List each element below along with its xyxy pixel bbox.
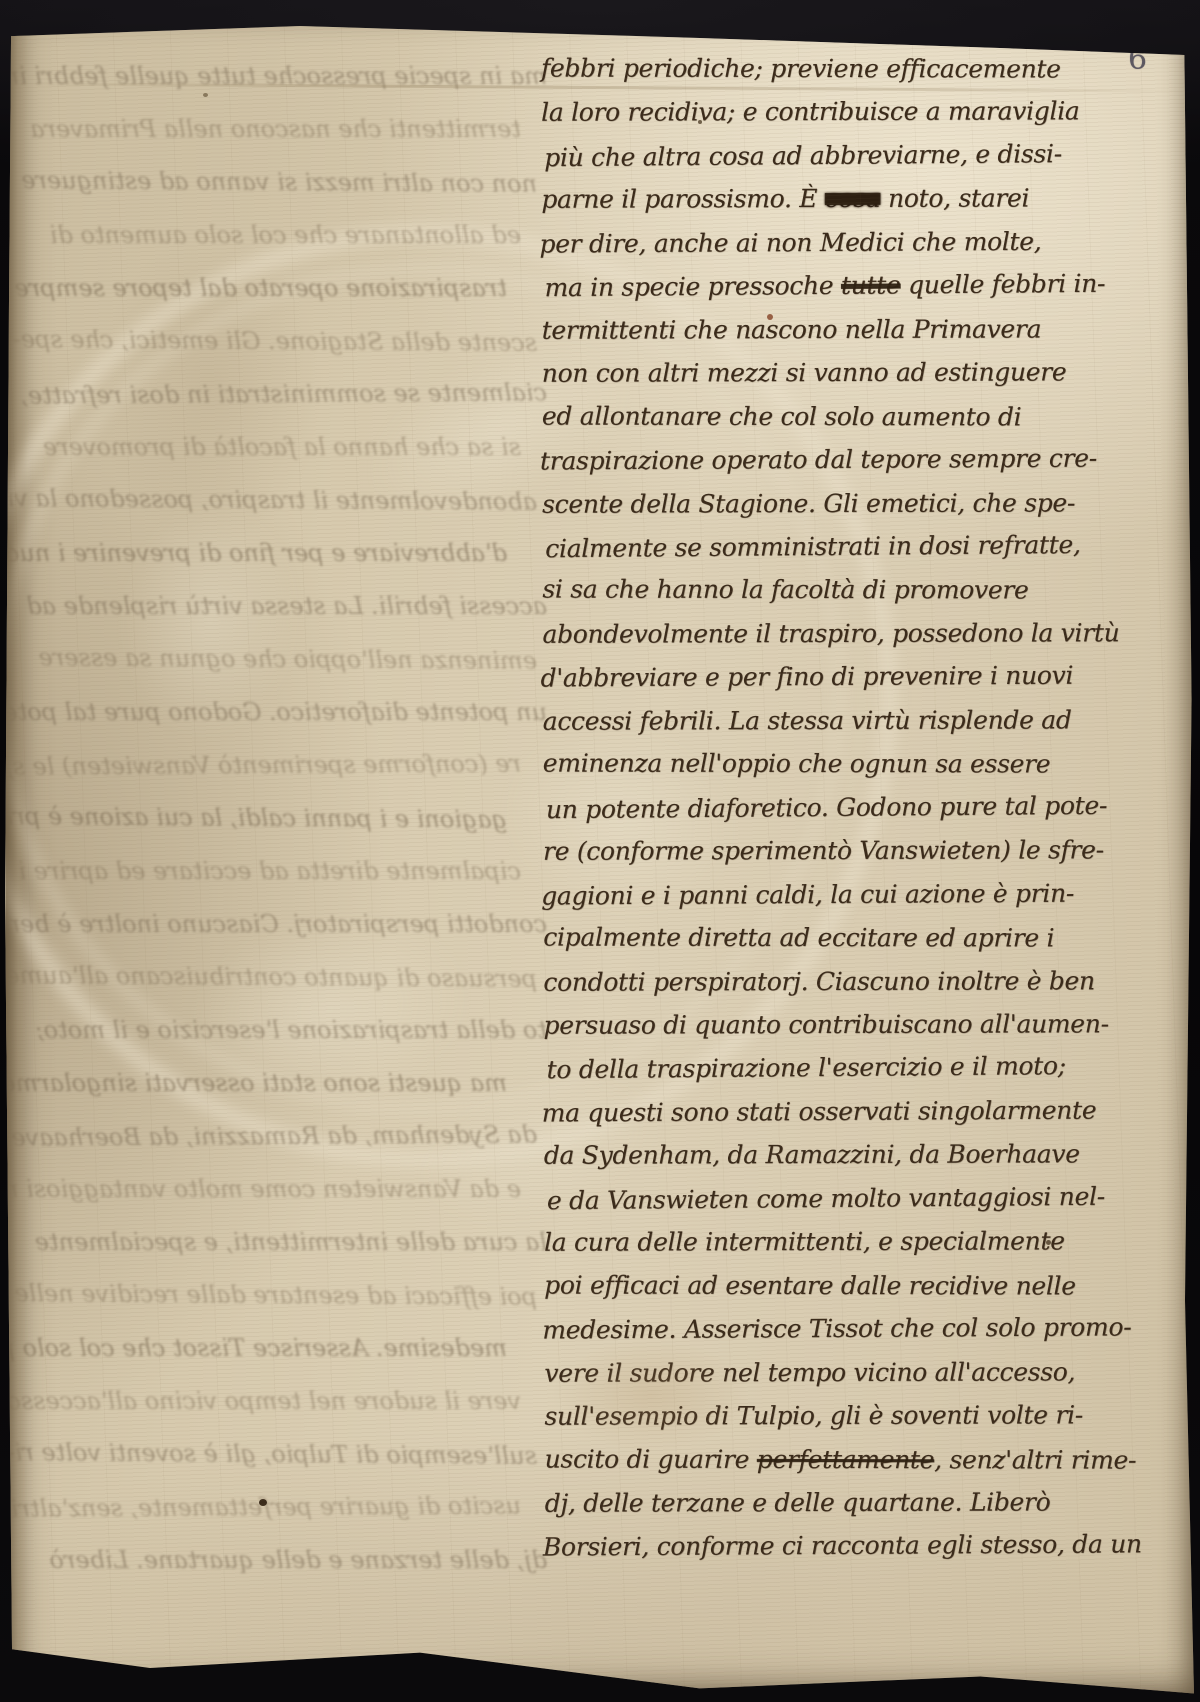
- struck-through-word: tutte: [841, 271, 901, 300]
- manuscript-line: abondevolmente il traspiro, possedono la…: [542, 611, 1102, 656]
- bleedthrough-line: re (conforme sperimentò Vanswieten) le s…: [10, 737, 547, 793]
- manuscript-line: cialmente se somministrati in dosi refra…: [545, 523, 1105, 571]
- manuscript-line: la loro recidiva; e contribuisce a marav…: [541, 90, 1101, 135]
- manuscript-line: dj, delle terzane e delle quartane. Libe…: [545, 1480, 1105, 1525]
- bleedthrough-line: la cura delle intermittenti, e specialme…: [10, 1216, 547, 1269]
- bleedthrough-line: abondevolmente il traspiro, possedono la…: [10, 472, 547, 529]
- manuscript-line: traspirazione operato dal tepore sempre …: [540, 437, 1100, 483]
- manuscript-line: ma in specie pressoche tutte quelle febb…: [544, 262, 1104, 310]
- ink-speck: [1046, 1240, 1051, 1245]
- bleedthrough-line: persuaso di quanto contribuiscano all'au…: [10, 949, 547, 1006]
- manuscript-line: sull'esempio di Tulpio, gli è soventi vo…: [544, 1393, 1104, 1438]
- struck-through-word: cosa: [825, 184, 881, 213]
- photograph-background: ma in specie pressoche tutte quelle febb…: [0, 0, 1200, 1702]
- manuscript-line: da Sydenham, da Ramazzini, da Boerhaave: [544, 1133, 1104, 1178]
- bleedthrough-line: scente della Stagione. Gli emetici, che …: [10, 313, 547, 370]
- manuscript-line: la cura delle intermittenti, e specialme…: [544, 1220, 1104, 1265]
- manuscript-line: to della traspirazione l'esercizio e il …: [546, 1044, 1106, 1092]
- bleedthrough-line: ma in specie pressoche tutte quelle febb…: [10, 50, 547, 103]
- struck-through-word: perfettamente: [138, 1493, 312, 1522]
- bleedthrough-line: condotti perspiratorj. Ciascuno inoltre …: [10, 898, 547, 951]
- manuscript-line: accessi febrili. La stessa virtù risplen…: [543, 698, 1103, 743]
- bleedthrough-line: un potente diaforetico. Godono pure tal …: [10, 686, 547, 739]
- manuscript-line: poi efficaci ad esentare dalle recidive …: [544, 1263, 1104, 1307]
- bleedthrough-line: d'abbreviare e per fino di prevenire i n…: [10, 527, 547, 580]
- manuscript-line: Borsieri, conforme ci racconta egli stes…: [543, 1523, 1103, 1569]
- manuscript-line: cipalmente diretta ad eccitare ed aprire…: [543, 916, 1103, 960]
- manuscript-line: medesime. Asserisce Tissot che col solo …: [542, 1306, 1102, 1352]
- struck-through-word: perfettamente: [757, 1444, 934, 1473]
- manuscript-line: parne il parossismo. È cosa noto, starei: [541, 177, 1101, 222]
- manuscript-line: gagioni e i panni caldi, la cui azione è…: [541, 871, 1101, 917]
- manuscript-line: termittenti che nascono nella Primavera: [542, 307, 1102, 352]
- bleedthrough-line: poi efficaci ad esentare dalle recidive …: [10, 1267, 547, 1324]
- manuscript-line: condotti perspiratorj. Ciascuno inoltre …: [543, 959, 1103, 1004]
- bleedthrough-line: dj, delle terzane e delle quartane. Libe…: [10, 1534, 547, 1587]
- manuscript-line: ma questi sono stati osservati singolarm…: [542, 1088, 1102, 1134]
- ink-speck: [259, 1499, 267, 1506]
- bleedthrough-line: termittenti che nascono nella Primavera: [10, 103, 547, 156]
- manuscript-line: per dire, anche ai non Medici che molte,: [539, 219, 1099, 265]
- bleedthrough-line: medesime. Asserisce Tissot che col solo …: [10, 1322, 547, 1375]
- bleedthrough-line: non con altri mezzi si vanno ad estingue…: [10, 154, 547, 211]
- manuscript-line: eminenza nell'oppio che ognun sa essere: [543, 742, 1103, 786]
- bleedthrough-line: sull'esempio di Tulpio, gli è soventi vo…: [10, 1426, 547, 1483]
- ink-speck: [698, 120, 702, 124]
- bleedthrough-line: si sa che hanno la facoltà di promovere: [10, 421, 547, 474]
- manuscript-line: d'abbreviare e per fino di prevenire i n…: [540, 654, 1100, 700]
- bleedthrough-line: accessi febrili. La stessa virtù risplen…: [10, 580, 547, 633]
- manuscript-page: ma in specie pressoche tutte quelle febb…: [0, 0, 1200, 1702]
- bleedthrough-line: ma questi sono stati osservati singolarm…: [10, 1057, 547, 1110]
- manuscript-line: si sa che hanno la facoltà di promovere: [542, 568, 1102, 612]
- manuscript-line: non con altri mezzi si vanno ad estingue…: [542, 350, 1102, 395]
- bleedthrough-line: eminenza nell'oppio che ognun sa essere: [10, 631, 547, 688]
- manuscript-line: più che altra cosa ad abbreviarne, e dis…: [544, 132, 1104, 180]
- manuscript-text-column: febbri periodiche; previene efficacement…: [541, 46, 1105, 1632]
- bleedthrough-line: da Sydenham, da Ramazzini, da Boerhaave: [10, 1108, 547, 1164]
- manuscript-line: e da Vanswieten come molto vantaggiosi n…: [547, 1175, 1107, 1223]
- ink-speck: [203, 93, 208, 97]
- bleedthrough-line: gagioni e i panni caldi, la cui azione è…: [10, 790, 547, 847]
- manuscript-line: vere il sudore nel tempo vicino all'acce…: [544, 1350, 1104, 1395]
- bleedthrough-line: vere il sudore nel tempo vicino all'acce…: [10, 1375, 547, 1428]
- bleedthrough-line: to della traspirazione l'esercizio e il …: [10, 1004, 547, 1057]
- manuscript-line: persuaso di quanto contribuiscano all'au…: [543, 1002, 1103, 1047]
- bleedthrough-line: ed allontanare che col solo aumento di: [10, 209, 547, 262]
- manuscript-line: uscito di guarire perfettamente, senz'al…: [545, 1437, 1105, 1481]
- manuscript-line: un potente diaforetico. Godono pure tal …: [546, 783, 1106, 831]
- bleedthrough-line: cipalmente diretta ad eccitare ed aprire…: [10, 845, 547, 898]
- bleedthrough-line: uscito di guarire perfettamente, senz'al…: [10, 1479, 547, 1535]
- bleedthrough-line: cialmente se somministrati in dosi refra…: [10, 366, 547, 422]
- manuscript-line: scente della Stagione. Gli emetici, che …: [542, 481, 1102, 526]
- manuscript-line: ed allontanare che col solo aumento di: [542, 394, 1102, 438]
- manuscript-line: febbri periodiche; previene efficacement…: [541, 47, 1101, 91]
- page-number: 6: [1128, 42, 1168, 77]
- bleedthrough-line: e da Vanswieten come molto vantaggiosi n…: [10, 1163, 547, 1216]
- manuscript-line: re (conforme sperimentò Vanswieten) le s…: [543, 828, 1103, 873]
- binding-edge-shadow: [6, 30, 28, 1670]
- bleedthrough-line: traspirazione operato dal tepore sempre …: [10, 262, 547, 315]
- verso-bleedthrough-text: ma in specie pressoche tutte quelle febb…: [10, 50, 547, 1640]
- ink-speck: [767, 314, 773, 320]
